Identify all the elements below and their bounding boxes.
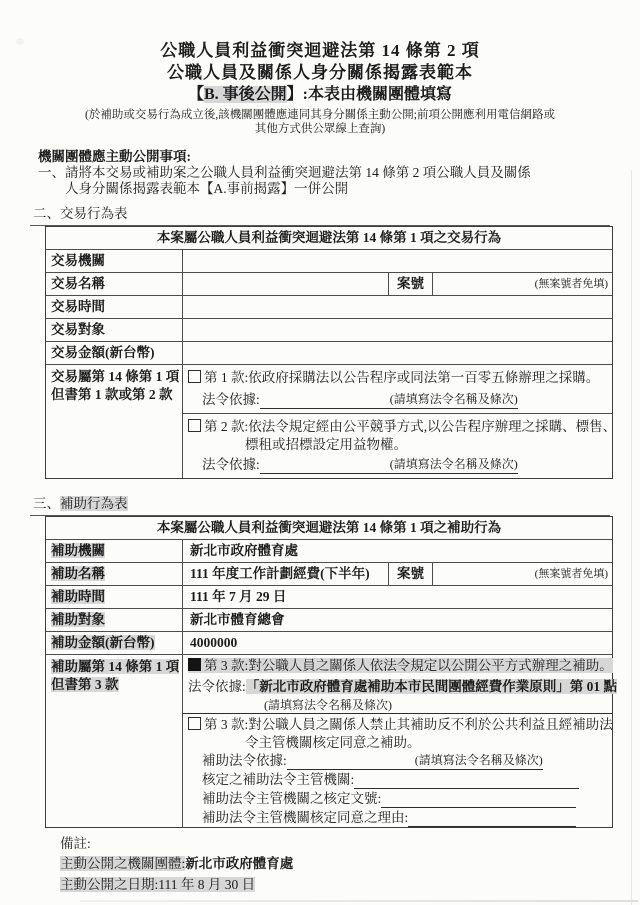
law-basis-label: 法令依據: <box>202 457 260 472</box>
transaction-clause-row: 交易屬第 14 條第 1 項 但書第 1 款或第 2 款 第 1 款:依政府採購… <box>46 365 612 478</box>
subsidy-section-heading: 三、補助行為表 <box>30 495 610 516</box>
subsidy-option1-text: 第 3 款:對公職人員之關係人依法令規定以公開公平方式辦理之補助。 <box>204 658 613 673</box>
law-basis-label: 法令依據: <box>188 679 246 694</box>
subsidy-case-number-note: (無案號者免填) <box>433 563 612 585</box>
document-header: 公職人員利益衝突迴避法第 14 條第 2 項 公職人員及關係人身分關係揭露表範本… <box>0 0 640 136</box>
transaction-counterparty-label: 交易對象 <box>46 319 183 341</box>
remarks-label: 備註: <box>60 834 640 853</box>
transaction-heading-text: 二、交易行為表 <box>33 206 128 221</box>
subsidy-recipient-value[interactable]: 新北市體育總會 <box>183 609 612 631</box>
checkbox-checked-icon[interactable] <box>188 658 201 671</box>
subsidy-agency-label: 補助機關 <box>46 540 183 562</box>
law-basis-label: 法令依據: <box>202 392 260 407</box>
subtitle-line1: (於補助或交易行為成立後,該機關團體應連同其身分關係主動公開;前項公開應利用電信… <box>0 108 640 122</box>
transaction-table-title: 本案屬公職人員利益衝突迴避法第 14 條第 1 項之交易行為 <box>46 227 612 250</box>
transaction-amount-label: 交易金額(新台幣) <box>46 342 183 364</box>
transaction-time-field[interactable] <box>183 296 612 318</box>
table-row: 交易對象 <box>46 319 612 342</box>
transaction-case-number-note: (無案號者免填) <box>433 273 612 295</box>
transaction-amount-field[interactable] <box>183 342 612 364</box>
law-basis-field[interactable] <box>260 393 390 409</box>
subsidy-option2-text-line1: 第 3 款:對公職人員之關係人禁止其補助反不利於公共利益且經補助法 <box>204 717 613 732</box>
checkbox-unchecked-icon[interactable] <box>188 717 201 730</box>
subsidy-name-value[interactable]: 111 年度工作計劃經費(下半年) <box>183 563 389 585</box>
disclosing-org-line: 主動公開之機關團體:新北市政府體育處 <box>60 853 640 874</box>
subsidy-law-basis-value: 「新北市政府體育處補助本市民間團體經費作業原則」第 01 點 <box>246 679 617 694</box>
subsidy-case-number-label: 案號 <box>389 563 433 585</box>
notice-item1-line2: 人身分關係揭露表範本【A.事前揭露】一併公開 <box>38 181 640 197</box>
disclosure-notice: 機關團體應主動公開事項: 一、請將本交易或補助案之公職人員利益衝突迴避法第 14… <box>38 148 640 197</box>
disclosing-org-label: 主動公開之機關團體: <box>60 856 185 871</box>
subsidy-law-basis-field-label: 補助法令依據: <box>202 753 287 768</box>
subsidy-clause-label-line1: 補助屬第 14 條第 1 項 <box>51 658 180 676</box>
transaction-option2: 第 2 款:依法令規定經由公平競爭方式,以公告程序辦理之採購、標售、 標租或招標… <box>183 414 612 478</box>
scan-edge-right <box>631 170 632 905</box>
transaction-clause-label: 交易屬第 14 條第 1 項 但書第 1 款或第 2 款 <box>46 365 183 478</box>
transaction-agency-label: 交易機關 <box>46 250 183 272</box>
table-row: 補助對象 新北市體育總會 <box>46 609 612 632</box>
checkbox-unchecked-icon[interactable] <box>188 370 201 383</box>
scan-artifact-dot <box>16 38 24 45</box>
transaction-case-number-label: 案號 <box>389 273 433 295</box>
subsidy-table: 本案屬公職人員利益衝突迴避法第 14 條第 1 項之補助行為 補助機關 新北市政… <box>45 516 613 828</box>
subtitle-line2: 其他方式供公眾線上查詢) <box>0 122 640 136</box>
transaction-name-label: 交易名稱 <box>46 273 183 295</box>
bracket-open: 【 <box>188 86 204 103</box>
transaction-name-field[interactable] <box>183 273 389 295</box>
publish-type-highlight: B. 事後公開 <box>204 86 287 103</box>
transaction-counterparty-field[interactable] <box>183 319 612 341</box>
approving-authority-field[interactable] <box>354 773 579 789</box>
disclosing-org-value: 新北市政府體育處 <box>185 856 293 871</box>
disclosure-date-text: 主動公開之日期:111 年 8 月 30 日 <box>60 877 255 892</box>
subsidy-law-basis-field[interactable] <box>287 754 415 770</box>
transaction-option1: 第 1 款:依政府採購法以公告程序或同法第一百零五條辦理之採購。 法令依據:(請… <box>183 365 612 414</box>
subsidy-amount-value[interactable]: 4000000 <box>183 632 612 654</box>
checkbox-unchecked-icon[interactable] <box>188 419 201 432</box>
approving-authority-label: 核定之補助法令主管機關: <box>202 772 354 787</box>
transaction-option1-text: 第 1 款:依政府採購法以公告程序或同法第一百零五條辦理之採購。 <box>204 370 599 385</box>
transaction-clause-label-line2: 但書第 1 款或第 2 款 <box>51 386 180 404</box>
transaction-option2-text-line2: 標租或招標設定用益物權。 <box>188 436 607 453</box>
scan-edge-bottom <box>80 900 638 902</box>
table-row: 補助機關 新北市政府體育處 <box>46 540 612 563</box>
table-row: 交易時間 <box>46 296 612 319</box>
approval-doc-number-label: 補助法令主管機關之核定文號: <box>202 791 381 806</box>
subsidy-time-value[interactable]: 111 年 7 月 29 日 <box>183 586 612 608</box>
document-subtitle: (於補助或交易行為成立後,該機關團體應連同其身分關係主動公開;前項公開應利用電信… <box>0 108 640 136</box>
transaction-section-heading: 二、交易行為表 <box>30 205 610 226</box>
table-row: 交易機關 <box>46 250 612 273</box>
subsidy-option1: 第 3 款:對公職人員之關係人依法令規定以公開公平方式辦理之補助。 法令依據:「… <box>183 655 612 714</box>
law-basis-note: (請填寫法令名稱及條次) <box>390 391 518 409</box>
subsidy-option2-text-line2: 令主管機關核定同意之補助。 <box>188 734 607 751</box>
document-title-line2: 公職人員及關係人身分關係揭露表範本 <box>0 62 640 84</box>
remarks-block: 備註: 主動公開之機關團體:新北市政府體育處 主動公開之日期:111 年 8 月… <box>60 834 640 895</box>
notice-item1-line1: 一、請將本交易或補助案之公職人員利益衝突迴避法第 14 條第 2 項公職人員及關… <box>38 165 640 181</box>
subsidy-clause-label: 補助屬第 14 條第 1 項 但書第 3 款 <box>46 655 183 827</box>
table-row: 補助金額(新台幣) 4000000 <box>46 632 612 655</box>
document-title-line3: 【B. 事後公開】:本表由機關團體填寫 <box>0 84 640 105</box>
table-row: 交易名稱 案號 (無案號者免填) <box>46 273 612 296</box>
approval-doc-number-field[interactable] <box>381 792 576 808</box>
table-row: 補助時間 111 年 7 月 29 日 <box>46 586 612 609</box>
law-basis-note: (請填寫法令名稱及條次) <box>264 697 392 714</box>
subsidy-clause-label-line2: 但書第 3 款 <box>51 676 180 694</box>
subsidy-recipient-label: 補助對象 <box>46 609 183 631</box>
law-basis-field[interactable] <box>260 458 390 474</box>
document-title-line1: 公職人員利益衝突迴避法第 14 條第 2 項 <box>0 40 640 62</box>
subsidy-agency-value[interactable]: 新北市政府體育處 <box>183 540 612 562</box>
transaction-table: 本案屬公職人員利益衝突迴避法第 14 條第 1 項之交易行為 交易機關 交易名稱… <box>45 226 613 479</box>
separator-line <box>392 697 607 714</box>
subsidy-name-label: 補助名稱 <box>46 563 183 585</box>
subsidy-clause-row: 補助屬第 14 條第 1 項 但書第 3 款 第 3 款:對公職人員之關係人依法… <box>46 655 612 827</box>
disclosure-date-line: 主動公開之日期:111 年 8 月 30 日 <box>60 874 640 895</box>
subsidy-heading-prefix: 三、 <box>33 496 60 511</box>
approval-reason-label: 補助法令主管機關核定同意之理由: <box>202 810 408 825</box>
transaction-time-label: 交易時間 <box>46 296 183 318</box>
title-line3-rest: 】:本表由機關團體填寫 <box>287 86 452 103</box>
transaction-clause-label-line1: 交易屬第 14 條第 1 項 <box>51 368 180 386</box>
subsidy-table-title: 本案屬公職人員利益衝突迴避法第 14 條第 1 項之補助行為 <box>46 517 612 540</box>
subsidy-amount-label: 補助金額(新台幣) <box>46 632 183 654</box>
table-row: 補助名稱 111 年度工作計劃經費(下半年) 案號 (無案號者免填) <box>46 563 612 586</box>
notice-heading: 機關團體應主動公開事項: <box>38 148 640 165</box>
document-page: 公職人員利益衝突迴避法第 14 條第 2 項 公職人員及關係人身分關係揭露表範本… <box>0 0 640 905</box>
law-basis-note: (請填寫法令名稱及條次) <box>390 456 518 474</box>
table-row: 交易金額(新台幣) <box>46 342 612 365</box>
transaction-agency-field[interactable] <box>183 250 612 272</box>
approval-reason-field[interactable] <box>408 811 576 827</box>
subsidy-option2: 第 3 款:對公職人員之關係人禁止其補助反不利於公共利益且經補助法 令主管機關核… <box>183 713 612 827</box>
transaction-option2-text-line1: 第 2 款:依法令規定經由公平競爭方式,以公告程序辦理之採購、標售、 <box>204 419 616 434</box>
subsidy-time-label: 補助時間 <box>46 586 183 608</box>
subsidy-heading-highlight: 補助行為表 <box>60 496 128 511</box>
law-basis-note: (請填寫法令名稱及條次) <box>415 752 543 770</box>
